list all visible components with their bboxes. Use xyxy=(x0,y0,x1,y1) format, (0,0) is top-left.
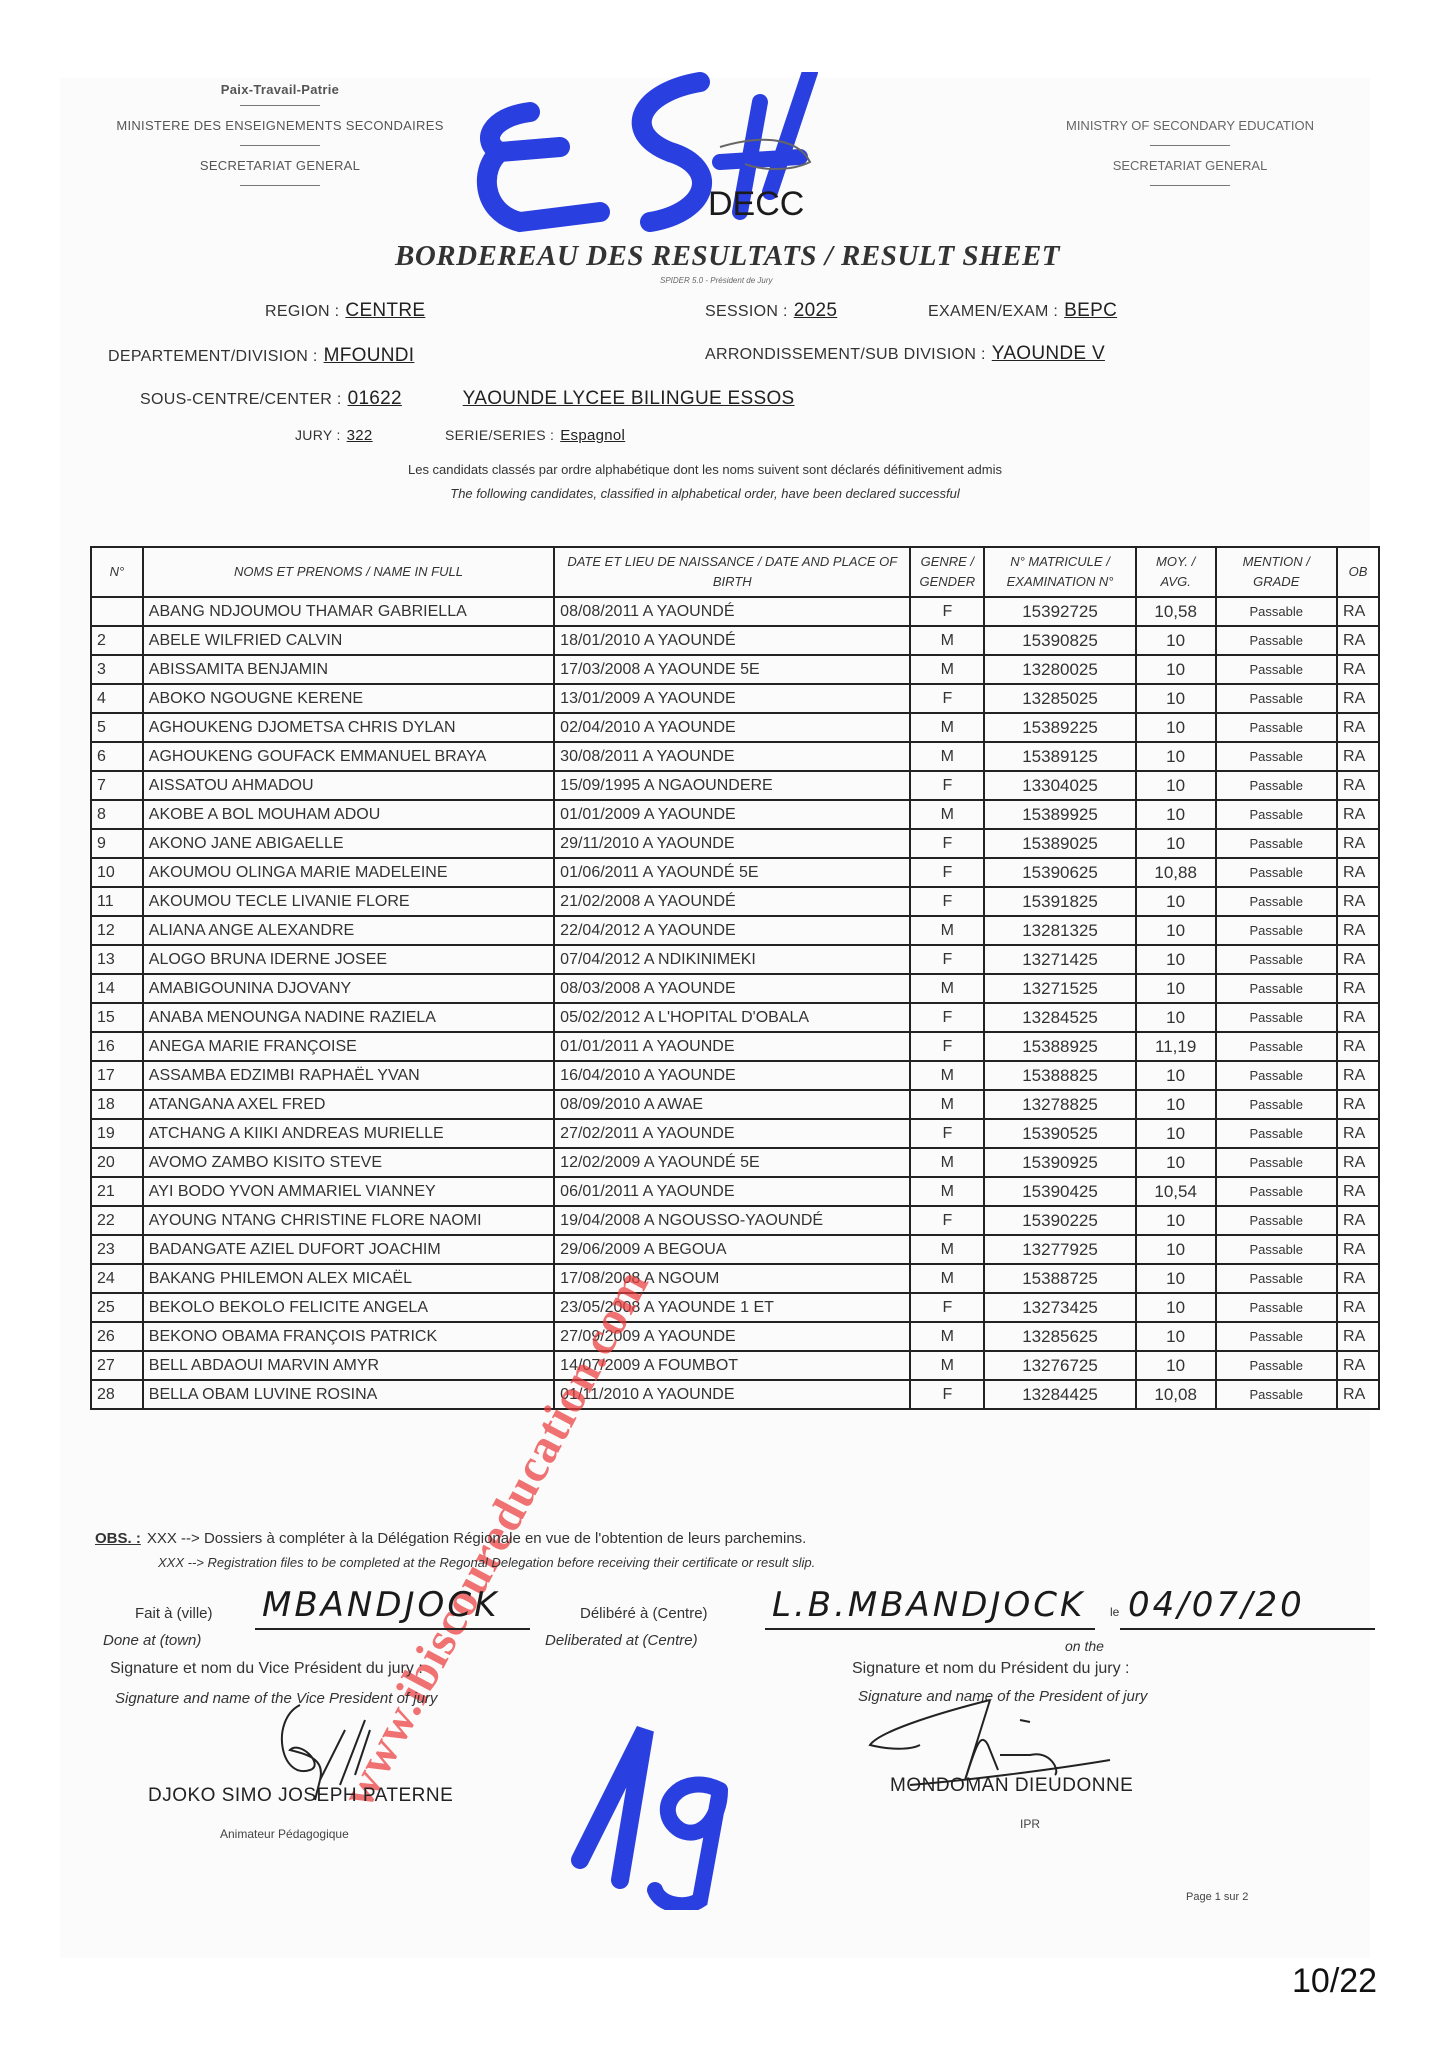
gender-cell: M xyxy=(910,1322,984,1351)
table-row: 15ANABA MENOUNGA NADINE RAZIELA05/02/201… xyxy=(91,1003,1379,1032)
grade-cell: Passable xyxy=(1216,1061,1338,1090)
row-number-cell: 13 xyxy=(91,945,143,974)
average-cell: 10 xyxy=(1136,742,1216,771)
jury-value: 322 xyxy=(347,427,373,444)
birth-date-place-cell: 18/01/2010 A YAOUNDÉ xyxy=(554,626,910,655)
department-field: DEPARTEMENT/DIVISION :MFOUNDI xyxy=(108,345,414,367)
row-number-cell: 24 xyxy=(91,1264,143,1293)
exam-number-cell: 13304025 xyxy=(984,771,1135,800)
results-table-body: ABANG NDJOUMOU THAMAR GABRIELLA08/08/201… xyxy=(91,597,1379,1409)
candidate-name-cell: ABANG NDJOUMOU THAMAR GABRIELLA xyxy=(143,597,554,626)
gender-cell: M xyxy=(910,800,984,829)
row-number-cell: 23 xyxy=(91,1235,143,1264)
exam-number-cell: 13277925 xyxy=(984,1235,1135,1264)
exam-number-cell: 13284425 xyxy=(984,1380,1135,1409)
centre-underline xyxy=(765,1628,1095,1630)
birth-date-place-cell: 15/09/1995 A NGAOUNDERE xyxy=(554,771,910,800)
observation-cell: RA xyxy=(1337,742,1379,771)
average-cell: 10 xyxy=(1136,1119,1216,1148)
center-name: YAOUNDE LYCEE BILINGUE ESSOS xyxy=(463,388,795,409)
subdivision-value: YAOUNDE V xyxy=(992,343,1105,364)
grade-cell: Passable xyxy=(1216,800,1338,829)
grade-cell: Passable xyxy=(1216,597,1338,626)
gender-cell: M xyxy=(910,1148,984,1177)
observation-cell: RA xyxy=(1337,1032,1379,1061)
row-number-cell: 21 xyxy=(91,1177,143,1206)
center-code: 01622 xyxy=(348,388,402,409)
average-cell: 10 xyxy=(1136,1293,1216,1322)
row-number-cell: 12 xyxy=(91,916,143,945)
grade-cell: Passable xyxy=(1216,1293,1338,1322)
observation-cell: RA xyxy=(1337,713,1379,742)
row-number-cell: 4 xyxy=(91,684,143,713)
observation-cell: RA xyxy=(1337,771,1379,800)
observation-cell: RA xyxy=(1337,684,1379,713)
observation-cell: RA xyxy=(1337,626,1379,655)
page-title: BORDEREAU DES RESULTATS / RESULT SHEET xyxy=(395,240,1095,273)
grade-cell: Passable xyxy=(1216,945,1338,974)
row-number-cell: 7 xyxy=(91,771,143,800)
table-row: 12ALIANA ANGE ALEXANDRE22/04/2012 A YAOU… xyxy=(91,916,1379,945)
divider xyxy=(240,185,320,186)
row-number-cell xyxy=(91,597,143,626)
gender-cell: M xyxy=(910,655,984,684)
subdivision-field: ARRONDISSEMENT/SUB DIVISION :YAOUNDE V xyxy=(705,343,1105,365)
exam-number-cell: 13285625 xyxy=(984,1322,1135,1351)
candidate-name-cell: AGHOUKENG DJOMETSA CHRIS DYLAN xyxy=(143,713,554,742)
average-cell: 10 xyxy=(1136,945,1216,974)
table-row: 7AISSATOU AHMADOU15/09/1995 A NGAOUNDERE… xyxy=(91,771,1379,800)
grade-cell: Passable xyxy=(1216,771,1338,800)
average-cell: 10 xyxy=(1136,1235,1216,1264)
divider xyxy=(240,105,320,106)
grade-cell: Passable xyxy=(1216,1206,1338,1235)
gender-cell: F xyxy=(910,1380,984,1409)
row-number-cell: 22 xyxy=(91,1206,143,1235)
divider xyxy=(1150,145,1230,146)
divider xyxy=(240,145,320,146)
exam-number-cell: 15391825 xyxy=(984,887,1135,916)
birth-date-place-cell: 05/02/2012 A L'HOPITAL D'OBALA xyxy=(554,1003,910,1032)
row-number-cell: 2 xyxy=(91,626,143,655)
grade-cell: Passable xyxy=(1216,916,1338,945)
grade-cell: Passable xyxy=(1216,1322,1338,1351)
observation-cell: RA xyxy=(1337,1235,1379,1264)
birth-date-place-cell: 08/08/2011 A YAOUNDÉ xyxy=(554,597,910,626)
exam-number-cell: 13281325 xyxy=(984,916,1135,945)
gender-cell: M xyxy=(910,742,984,771)
birth-date-place-cell: 02/04/2010 A YAOUNDE xyxy=(554,713,910,742)
birth-date-place-cell: 13/01/2009 A YAOUNDE xyxy=(554,684,910,713)
admission-note-en: The following candidates, classified in … xyxy=(255,486,1155,501)
national-motto: Paix-Travail-Patrie xyxy=(85,82,475,97)
col-grade: MENTION / GRADE xyxy=(1216,547,1338,597)
table-row: 9AKONO JANE ABIGAELLE29/11/2010 A YAOUND… xyxy=(91,829,1379,858)
observation-cell: RA xyxy=(1337,1003,1379,1032)
exam-number-cell: 13271525 xyxy=(984,974,1135,1003)
table-row: 4ABOKO NGOUGNE KERENE13/01/2009 A YAOUND… xyxy=(91,684,1379,713)
birth-date-place-cell: 19/04/2008 A NGOUSSO-YAOUNDÉ xyxy=(554,1206,910,1235)
candidate-name-cell: AKONO JANE ABIGAELLE xyxy=(143,829,554,858)
table-row: 21AYI BODO YVON AMMARIEL VIANNEY06/01/20… xyxy=(91,1177,1379,1206)
session-field: SESSION :2025 xyxy=(705,300,837,322)
grade-cell: Passable xyxy=(1216,1351,1338,1380)
row-number-cell: 27 xyxy=(91,1351,143,1380)
candidate-name-cell: ALOGO BRUNA IDERNE JOSEE xyxy=(143,945,554,974)
observation-en: XXX --> Registration files to be complet… xyxy=(158,1555,815,1570)
candidate-name-cell: AKOBE A BOL MOUHAM ADOU xyxy=(143,800,554,829)
region-field: REGION :CENTRE xyxy=(265,300,425,322)
average-cell: 10 xyxy=(1136,974,1216,1003)
table-row: 27BELL ABDAOUI MARVIN AMYR14/07/2009 A F… xyxy=(91,1351,1379,1380)
candidate-name-cell: AYOUNG NTANG CHRISTINE FLORE NAOMI xyxy=(143,1206,554,1235)
department-value: MFOUNDI xyxy=(324,345,415,366)
results-table: N° NOMS ET PRENOMS / NAME IN FULL DATE E… xyxy=(90,546,1380,1410)
vp-signature-label-fr: Signature et nom du Vice Président du ju… xyxy=(110,1660,423,1678)
average-cell: 11,19 xyxy=(1136,1032,1216,1061)
candidate-name-cell: AYI BODO YVON AMMARIEL VIANNEY xyxy=(143,1177,554,1206)
observation-cell: RA xyxy=(1337,1090,1379,1119)
row-number-cell: 18 xyxy=(91,1090,143,1119)
candidate-name-cell: ATCHANG A KIIKI ANDREAS MURIELLE xyxy=(143,1119,554,1148)
president-role: IPR xyxy=(1020,1817,1040,1831)
row-number-cell: 6 xyxy=(91,742,143,771)
exam-number-cell: 13284525 xyxy=(984,1003,1135,1032)
grade-cell: Passable xyxy=(1216,655,1338,684)
table-row: 16ANEGA MARIE FRANÇOISE01/01/2011 A YAOU… xyxy=(91,1032,1379,1061)
table-row: 5AGHOUKENG DJOMETSA CHRIS DYLAN02/04/201… xyxy=(91,713,1379,742)
observation-cell: RA xyxy=(1337,597,1379,626)
candidate-name-cell: ALIANA ANGE ALEXANDRE xyxy=(143,916,554,945)
grade-cell: Passable xyxy=(1216,626,1338,655)
birth-date-place-cell: 29/06/2009 A BEGOUA xyxy=(554,1235,910,1264)
col-birth: DATE ET LIEU DE NAISSANCE / DATE AND PLA… xyxy=(554,547,910,597)
decc-label: DECC xyxy=(708,185,804,224)
col-obs: OB xyxy=(1337,547,1379,597)
candidate-name-cell: AISSATOU AHMADOU xyxy=(143,771,554,800)
grade-cell: Passable xyxy=(1216,858,1338,887)
birth-date-place-cell: 06/01/2011 A YAOUNDE xyxy=(554,1177,910,1206)
grade-cell: Passable xyxy=(1216,1380,1338,1409)
on-label-en: on the xyxy=(1065,1638,1104,1654)
average-cell: 10 xyxy=(1136,771,1216,800)
gender-cell: F xyxy=(910,771,984,800)
observation-cell: RA xyxy=(1337,858,1379,887)
table-row: 28BELLA OBAM LUVINE ROSINA01/11/2010 A Y… xyxy=(91,1380,1379,1409)
birth-date-place-cell: 01/06/2011 A YAOUNDÉ 5E xyxy=(554,858,910,887)
table-row: 2ABELE WILFRIED CALVIN18/01/2010 A YAOUN… xyxy=(91,626,1379,655)
document-page-counter: 10/22 xyxy=(1292,1962,1377,2001)
candidate-name-cell: BELL ABDAOUI MARVIN AMYR xyxy=(143,1351,554,1380)
page-number: Page 1 sur 2 xyxy=(1186,1891,1248,1903)
candidate-name-cell: ABISSAMITA BENJAMIN xyxy=(143,655,554,684)
exam-number-cell: 15389225 xyxy=(984,713,1135,742)
candidate-name-cell: BAKANG PHILEMON ALEX MICAËL xyxy=(143,1264,554,1293)
grade-cell: Passable xyxy=(1216,1264,1338,1293)
grade-cell: Passable xyxy=(1216,974,1338,1003)
average-cell: 10 xyxy=(1136,887,1216,916)
row-number-cell: 9 xyxy=(91,829,143,858)
blue-initials-stamp-icon xyxy=(560,1710,740,1910)
average-cell: 10 xyxy=(1136,1322,1216,1351)
grade-cell: Passable xyxy=(1216,742,1338,771)
exam-number-cell: 15390425 xyxy=(984,1177,1135,1206)
observation-cell: RA xyxy=(1337,1206,1379,1235)
grade-cell: Passable xyxy=(1216,887,1338,916)
observation-cell: RA xyxy=(1337,1061,1379,1090)
gender-cell: M xyxy=(910,713,984,742)
exam-number-cell: 13285025 xyxy=(984,684,1135,713)
candidate-name-cell: ASSAMBA EDZIMBI RAPHAËL YVAN xyxy=(143,1061,554,1090)
table-row: ABANG NDJOUMOU THAMAR GABRIELLA08/08/201… xyxy=(91,597,1379,626)
table-row: 17ASSAMBA EDZIMBI RAPHAËL YVAN16/04/2010… xyxy=(91,1061,1379,1090)
gender-cell: F xyxy=(910,597,984,626)
exam-number-cell: 13273425 xyxy=(984,1293,1135,1322)
gender-cell: F xyxy=(910,684,984,713)
table-row: 23BADANGATE AZIEL DUFORT JOACHIM29/06/20… xyxy=(91,1235,1379,1264)
candidate-name-cell: ANABA MENOUNGA NADINE RAZIELA xyxy=(143,1003,554,1032)
table-header-row: N° NOMS ET PRENOMS / NAME IN FULL DATE E… xyxy=(91,547,1379,597)
divider xyxy=(1150,185,1230,186)
exam-number-cell: 15392725 xyxy=(984,597,1135,626)
gender-cell: M xyxy=(910,1090,984,1119)
row-number-cell: 25 xyxy=(91,1293,143,1322)
date-underline xyxy=(1120,1628,1375,1630)
deliberated-label-en: Deliberated at (Centre) xyxy=(545,1632,698,1649)
gender-cell: M xyxy=(910,974,984,1003)
table-row: 10AKOUMOU OLINGA MARIE MADELEINE01/06/20… xyxy=(91,858,1379,887)
average-cell: 10 xyxy=(1136,800,1216,829)
average-cell: 10 xyxy=(1136,655,1216,684)
page-subtitle: SPIDER 5.0 - Président de Jury xyxy=(660,276,773,285)
observation-fr: OBS. :XXX --> Dossiers à compléter à la … xyxy=(95,1530,806,1547)
date-handwritten: 04/07/20 xyxy=(1128,1585,1305,1625)
exam-number-cell: 15390825 xyxy=(984,626,1135,655)
grade-cell: Passable xyxy=(1216,713,1338,742)
header-left: Paix-Travail-Patrie MINISTERE DES ENSEIG… xyxy=(85,82,475,198)
observation-cell: RA xyxy=(1337,1293,1379,1322)
row-number-cell: 19 xyxy=(91,1119,143,1148)
session-value: 2025 xyxy=(794,300,837,321)
exam-value: BEPC xyxy=(1064,300,1117,321)
row-number-cell: 28 xyxy=(91,1380,143,1409)
exam-number-cell: 15389925 xyxy=(984,800,1135,829)
candidate-name-cell: AVOMO ZAMBO KISITO STEVE xyxy=(143,1148,554,1177)
table-row: 13ALOGO BRUNA IDERNE JOSEE07/04/2012 A N… xyxy=(91,945,1379,974)
grade-cell: Passable xyxy=(1216,829,1338,858)
birth-date-place-cell: 12/02/2009 A YAOUNDÉ 5E xyxy=(554,1148,910,1177)
deliberated-label-fr: Délibéré à (Centre) xyxy=(580,1605,708,1622)
candidate-name-cell: AKOUMOU TECLE LIVANIE FLORE xyxy=(143,887,554,916)
birth-date-place-cell: 30/08/2011 A YAOUNDE xyxy=(554,742,910,771)
exam-number-cell: 13276725 xyxy=(984,1351,1135,1380)
table-row: 14AMABIGOUNINA DJOVANY08/03/2008 A YAOUN… xyxy=(91,974,1379,1003)
table-row: 8AKOBE A BOL MOUHAM ADOU01/01/2009 A YAO… xyxy=(91,800,1379,829)
gender-cell: M xyxy=(910,1351,984,1380)
gender-cell: F xyxy=(910,887,984,916)
table-row: 19ATCHANG A KIIKI ANDREAS MURIELLE27/02/… xyxy=(91,1119,1379,1148)
observation-cell: RA xyxy=(1337,1148,1379,1177)
observation-cell: RA xyxy=(1337,1119,1379,1148)
observation-cell: RA xyxy=(1337,829,1379,858)
average-cell: 10 xyxy=(1136,1003,1216,1032)
table-row: 6AGHOUKENG GOUFACK EMMANUEL BRAYA30/08/2… xyxy=(91,742,1379,771)
observation-cell: RA xyxy=(1337,655,1379,684)
gender-cell: M xyxy=(910,1177,984,1206)
observation-cell: RA xyxy=(1337,1322,1379,1351)
on-label-fr: le xyxy=(1110,1605,1119,1619)
candidate-name-cell: BEKONO OBAMA FRANÇOIS PATRICK xyxy=(143,1322,554,1351)
observation-cell: RA xyxy=(1337,945,1379,974)
row-number-cell: 10 xyxy=(91,858,143,887)
row-number-cell: 14 xyxy=(91,974,143,1003)
gender-cell: F xyxy=(910,858,984,887)
gender-cell: F xyxy=(910,945,984,974)
exam-number-cell: 15390925 xyxy=(984,1148,1135,1177)
gender-cell: M xyxy=(910,1264,984,1293)
exam-number-cell: 15390625 xyxy=(984,858,1135,887)
grade-cell: Passable xyxy=(1216,1235,1338,1264)
grade-cell: Passable xyxy=(1216,1003,1338,1032)
average-cell: 10,54 xyxy=(1136,1177,1216,1206)
exam-number-cell: 13271425 xyxy=(984,945,1135,974)
grade-cell: Passable xyxy=(1216,1090,1338,1119)
town-handwritten: MBANDJOCK xyxy=(262,1585,499,1625)
ministry-en: MINISTRY OF SECONDARY EDUCATION xyxy=(1040,118,1340,133)
birth-date-place-cell: 07/04/2012 A NDIKINIMEKI xyxy=(554,945,910,974)
birth-date-place-cell: 27/02/2011 A YAOUNDE xyxy=(554,1119,910,1148)
observation-cell: RA xyxy=(1337,1177,1379,1206)
center-field: SOUS-CENTRE/CENTER :01622 YAOUNDE LYCEE … xyxy=(140,388,795,410)
observation-cell: RA xyxy=(1337,1351,1379,1380)
table-row: 20AVOMO ZAMBO KISITO STEVE12/02/2009 A Y… xyxy=(91,1148,1379,1177)
average-cell: 10 xyxy=(1136,1061,1216,1090)
exam-number-cell: 15389125 xyxy=(984,742,1135,771)
table-row: 18ATANGANA AXEL FRED08/09/2010 A AWAEM13… xyxy=(91,1090,1379,1119)
birth-date-place-cell: 08/09/2010 A AWAE xyxy=(554,1090,910,1119)
average-cell: 10,88 xyxy=(1136,858,1216,887)
done-at-label-en: Done at (town) xyxy=(103,1632,201,1649)
vp-role: Animateur Pédagogique xyxy=(220,1827,349,1841)
candidate-name-cell: BEKOLO BEKOLO FELICITE ANGELA xyxy=(143,1293,554,1322)
grade-cell: Passable xyxy=(1216,1032,1338,1061)
grade-cell: Passable xyxy=(1216,1177,1338,1206)
candidate-name-cell: ATANGANA AXEL FRED xyxy=(143,1090,554,1119)
exam-number-cell: 13278825 xyxy=(984,1090,1135,1119)
grade-cell: Passable xyxy=(1216,684,1338,713)
grade-cell: Passable xyxy=(1216,1119,1338,1148)
exam-number-cell: 13280025 xyxy=(984,655,1135,684)
average-cell: 10 xyxy=(1136,1206,1216,1235)
row-number-cell: 11 xyxy=(91,887,143,916)
col-num: N° xyxy=(91,547,143,597)
birth-date-place-cell: 21/02/2008 A YAOUNDÉ xyxy=(554,887,910,916)
average-cell: 10,58 xyxy=(1136,597,1216,626)
table-row: 24BAKANG PHILEMON ALEX MICAËL17/08/2008 … xyxy=(91,1264,1379,1293)
average-cell: 10 xyxy=(1136,713,1216,742)
gender-cell: F xyxy=(910,829,984,858)
average-cell: 10,08 xyxy=(1136,1380,1216,1409)
row-number-cell: 26 xyxy=(91,1322,143,1351)
observation-cell: RA xyxy=(1337,800,1379,829)
average-cell: 10 xyxy=(1136,1351,1216,1380)
row-number-cell: 20 xyxy=(91,1148,143,1177)
exam-field: EXAMEN/EXAM :BEPC xyxy=(928,300,1117,322)
blue-handwritten-stamp-icon xyxy=(470,72,930,242)
region-value: CENTRE xyxy=(345,300,425,321)
gender-cell: F xyxy=(910,1003,984,1032)
admission-note-fr: Les candidats classés par ordre alphabét… xyxy=(255,462,1155,477)
gender-cell: F xyxy=(910,1032,984,1061)
average-cell: 10 xyxy=(1136,1264,1216,1293)
exam-number-cell: 15390525 xyxy=(984,1119,1135,1148)
col-matricule: N° MATRICULE / EXAMINATION N° xyxy=(984,547,1135,597)
exam-number-cell: 15388825 xyxy=(984,1061,1135,1090)
table-row: 3ABISSAMITA BENJAMIN17/03/2008 A YAOUNDE… xyxy=(91,655,1379,684)
president-name: MONDOMAN DIEUDONNE xyxy=(890,1775,1133,1797)
observation-cell: RA xyxy=(1337,1264,1379,1293)
col-gender: GENRE / GENDER xyxy=(910,547,984,597)
candidate-name-cell: BELLA OBAM LUVINE ROSINA xyxy=(143,1380,554,1409)
birth-date-place-cell: 16/04/2010 A YAOUNDE xyxy=(554,1061,910,1090)
header-right: MINISTRY OF SECONDARY EDUCATION SECRETAR… xyxy=(1040,118,1340,198)
gender-cell: M xyxy=(910,916,984,945)
col-avg: MOY. / AVG. xyxy=(1136,547,1216,597)
candidate-name-cell: AKOUMOU OLINGA MARIE MADELEINE xyxy=(143,858,554,887)
average-cell: 10 xyxy=(1136,626,1216,655)
observation-cell: RA xyxy=(1337,1380,1379,1409)
gender-cell: M xyxy=(910,626,984,655)
candidate-name-cell: AMABIGOUNINA DJOVANY xyxy=(143,974,554,1003)
row-number-cell: 15 xyxy=(91,1003,143,1032)
series-value: Espagnol xyxy=(560,427,625,444)
birth-date-place-cell: 29/11/2010 A YAOUNDE xyxy=(554,829,910,858)
secretariat-en: SECRETARIAT GENERAL xyxy=(1040,158,1340,173)
exam-number-cell: 15390225 xyxy=(984,1206,1135,1235)
exam-number-cell: 15388925 xyxy=(984,1032,1135,1061)
table-row: 26BEKONO OBAMA FRANÇOIS PATRICK27/09/200… xyxy=(91,1322,1379,1351)
average-cell: 10 xyxy=(1136,829,1216,858)
gender-cell: F xyxy=(910,1119,984,1148)
table-row: 11AKOUMOU TECLE LIVANIE FLORE21/02/2008 … xyxy=(91,887,1379,916)
president-signature-label-fr: Signature et nom du Président du jury : xyxy=(852,1660,1130,1678)
town-underline xyxy=(255,1628,530,1630)
candidate-name-cell: BADANGATE AZIEL DUFORT JOACHIM xyxy=(143,1235,554,1264)
observation-cell: RA xyxy=(1337,916,1379,945)
col-name: NOMS ET PRENOMS / NAME IN FULL xyxy=(143,547,554,597)
candidate-name-cell: ABELE WILFRIED CALVIN xyxy=(143,626,554,655)
table-row: 22AYOUNG NTANG CHRISTINE FLORE NAOMI19/0… xyxy=(91,1206,1379,1235)
exam-number-cell: 15389025 xyxy=(984,829,1135,858)
average-cell: 10 xyxy=(1136,1148,1216,1177)
series-field: SERIE/SERIES :Espagnol xyxy=(445,427,625,444)
gender-cell: F xyxy=(910,1206,984,1235)
secretariat-fr: SECRETARIAT GENERAL xyxy=(85,158,475,173)
average-cell: 10 xyxy=(1136,1090,1216,1119)
candidate-name-cell: ANEGA MARIE FRANÇOISE xyxy=(143,1032,554,1061)
gender-cell: F xyxy=(910,1293,984,1322)
gender-cell: M xyxy=(910,1235,984,1264)
obs-label: OBS. : xyxy=(95,1530,141,1547)
birth-date-place-cell: 22/04/2012 A YAOUNDE xyxy=(554,916,910,945)
row-number-cell: 8 xyxy=(91,800,143,829)
row-number-cell: 5 xyxy=(91,713,143,742)
birth-date-place-cell: 17/03/2008 A YAOUNDE 5E xyxy=(554,655,910,684)
gender-cell: M xyxy=(910,1061,984,1090)
observation-cell: RA xyxy=(1337,974,1379,1003)
average-cell: 10 xyxy=(1136,916,1216,945)
candidate-name-cell: AGHOUKENG GOUFACK EMMANUEL BRAYA xyxy=(143,742,554,771)
